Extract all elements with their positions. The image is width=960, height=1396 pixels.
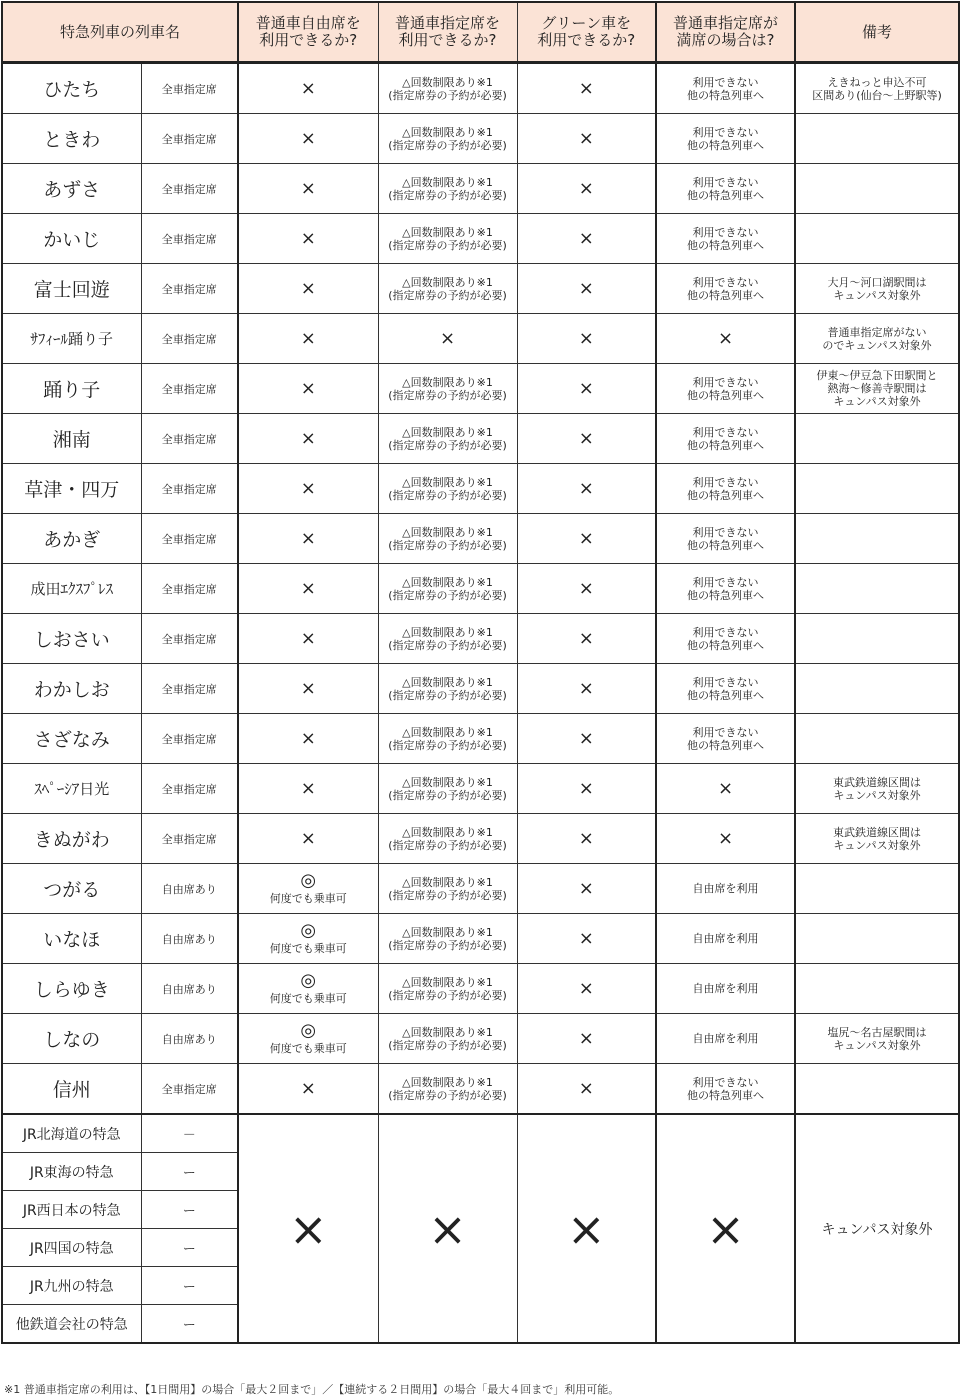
remarks-text: 東武鉄道線区間は キュンパス対象外 (795, 814, 959, 864)
train-name: 草津・四万 (2, 464, 141, 514)
cross-icon: × (238, 414, 378, 464)
reserved-seat-cell: △回数制限あり※1(指定席券の予約が必要) (378, 864, 517, 914)
cross-icon: × (517, 1064, 656, 1115)
cross-icon: × (517, 664, 656, 714)
reserved-seat-cell: △回数制限あり※1(指定席券の予約が必要) (378, 214, 517, 264)
seat-type: 全車指定席 (141, 314, 238, 364)
train-name: あかぎ (2, 514, 141, 564)
cross-icon: × (517, 864, 656, 914)
seat-type: 全車指定席 (141, 614, 238, 664)
cross-icon: × (238, 214, 378, 264)
reserved-seat-cell: △回数制限あり※1(指定席券の予約が必要) (378, 514, 517, 564)
when-full-text: 自由席を利用 (656, 964, 795, 1014)
cross-icon: × (238, 364, 378, 414)
train-name: ときわ (2, 114, 141, 164)
seat-type: ー (141, 1191, 238, 1229)
cross-icon: × (517, 514, 656, 564)
when-full-text: 利用できない 他の特急列車へ (656, 664, 795, 714)
cross-icon: × (517, 964, 656, 1014)
seat-type: 自由席あり (141, 964, 238, 1014)
seat-type: 全車指定席 (141, 364, 238, 414)
free-seat-cell: ◎何度でも乗車可 (238, 914, 378, 964)
train-name: ひたち (2, 63, 141, 114)
train-name: かいじ (2, 214, 141, 264)
train-name: さざなみ (2, 714, 141, 764)
train-name: つがる (2, 864, 141, 914)
reserved-seat-cell: △回数制限あり※1(指定席券の予約が必要) (378, 114, 517, 164)
cross-icon: × (378, 1114, 517, 1343)
remarks-text (795, 214, 959, 264)
train-name: いなほ (2, 914, 141, 964)
free-seat-cell: ◎何度でも乗車可 (238, 864, 378, 914)
limited-label: △回数制限あり※1 (379, 176, 517, 189)
reservation-required-note: (指定席券の予約が必要) (379, 689, 517, 702)
cross-icon: × (517, 814, 656, 864)
table-row: あずさ全車指定席×△回数制限あり※1(指定席券の予約が必要)×利用できない 他の… (2, 164, 959, 214)
remarks-text (795, 464, 959, 514)
cross-icon: × (656, 764, 795, 814)
seat-type: 全車指定席 (141, 664, 238, 714)
reservation-required-note: (指定席券の予約が必要) (379, 639, 517, 652)
limited-label: △回数制限あり※1 (379, 976, 517, 989)
table-row: しおさい全車指定席×△回数制限あり※1(指定席券の予約が必要)×利用できない 他… (2, 614, 959, 664)
remarks-text (795, 564, 959, 614)
limited-label: △回数制限あり※1 (379, 476, 517, 489)
reserved-seat-cell: △回数制限あり※1(指定席券の予約が必要) (378, 664, 517, 714)
remarks-text (795, 164, 959, 214)
reservation-required-note: (指定席券の予約が必要) (379, 839, 517, 852)
cross-icon: × (517, 914, 656, 964)
free-seat-cell: ◎何度でも乗車可 (238, 1014, 378, 1064)
table-row: つがる自由席あり◎何度でも乗車可△回数制限あり※1(指定席券の予約が必要)×自由… (2, 864, 959, 914)
cross-icon: × (238, 564, 378, 614)
remarks-text (795, 964, 959, 1014)
header-when-full: 普通車指定席が 満席の場合は? (656, 2, 795, 63)
double-circle-icon: ◎ (239, 872, 378, 890)
table-row: さざなみ全車指定席×△回数制限あり※1(指定席券の予約が必要)×利用できない 他… (2, 714, 959, 764)
table-row: ときわ全車指定席×△回数制限あり※1(指定席券の予約が必要)×利用できない 他の… (2, 114, 959, 164)
cross-icon: × (238, 764, 378, 814)
kyunpass-train-table: 特急列車の列車名 普通車自由席を 利用できるか? 普通車指定席を 利用できるか?… (1, 1, 960, 1344)
double-circle-icon: ◎ (239, 1022, 378, 1040)
table-row: 草津・四万全車指定席×△回数制限あり※1(指定席券の予約が必要)×利用できない … (2, 464, 959, 514)
cross-icon: × (517, 614, 656, 664)
seat-type: 全車指定席 (141, 764, 238, 814)
footnote: ※1 普通車指定席の利用は、【1日間用】の場合「最大２回まで」／【連続する２日間… (4, 1381, 619, 1396)
table-row: 湘南全車指定席×△回数制限あり※1(指定席券の予約が必要)×利用できない 他の特… (2, 414, 959, 464)
train-name: JR四国の特急 (2, 1229, 141, 1267)
cross-icon: × (238, 314, 378, 364)
cross-icon: × (517, 464, 656, 514)
table-row: 信州全車指定席×△回数制限あり※1(指定席券の予約が必要)×利用できない 他の特… (2, 1064, 959, 1115)
train-name: JR九州の特急 (2, 1267, 141, 1305)
when-full-text: 利用できない 他の特急列車へ (656, 464, 795, 514)
table-row: かいじ全車指定席×△回数制限あり※1(指定席券の予約が必要)×利用できない 他の… (2, 214, 959, 264)
reservation-required-note: (指定席券の予約が必要) (379, 139, 517, 152)
remarks-text (795, 514, 959, 564)
limited-label: △回数制限あり※1 (379, 1076, 517, 1089)
reservation-required-note: (指定席券の予約が必要) (379, 939, 517, 952)
limited-label: △回数制限あり※1 (379, 376, 517, 389)
when-full-text: 利用できない 他の特急列車へ (656, 114, 795, 164)
limited-label: △回数制限あり※1 (379, 526, 517, 539)
double-circle-icon: ◎ (239, 922, 378, 940)
reserved-seat-cell: △回数制限あり※1(指定席券の予約が必要) (378, 814, 517, 864)
cross-icon: × (238, 714, 378, 764)
reserved-seat-cell: △回数制限あり※1(指定席券の予約が必要) (378, 914, 517, 964)
header-row: 特急列車の列車名 普通車自由席を 利用できるか? 普通車指定席を 利用できるか?… (2, 2, 959, 63)
seat-type: 全車指定席 (141, 63, 238, 114)
cross-icon: × (517, 364, 656, 414)
seat-type: 自由席あり (141, 1014, 238, 1064)
table-row: ｽﾍﾟｰｼｱ日光全車指定席×△回数制限あり※1(指定席券の予約が必要)××東武鉄… (2, 764, 959, 814)
free-seat-note: 何度でも乗車可 (239, 940, 378, 956)
free-seat-note: 何度でも乗車可 (239, 990, 378, 1006)
reserved-seat-cell: △回数制限あり※1(指定席券の予約が必要) (378, 964, 517, 1014)
seat-type: 全車指定席 (141, 714, 238, 764)
table-row: しらゆき自由席あり◎何度でも乗車可△回数制限あり※1(指定席券の予約が必要)×自… (2, 964, 959, 1014)
train-name: ｻﾌｨｰﾙ踊り子 (2, 314, 141, 364)
cross-icon: × (517, 714, 656, 764)
table-row: 成田ｴｸｽﾌﾟﾚｽ全車指定席×△回数制限あり※1(指定席券の予約が必要)×利用で… (2, 564, 959, 614)
cross-icon: × (238, 664, 378, 714)
cross-icon: × (378, 314, 517, 364)
remarks-text (795, 114, 959, 164)
cross-icon: × (517, 414, 656, 464)
limited-label: △回数制限あり※1 (379, 776, 517, 789)
header-reserved-seat: 普通車指定席を 利用できるか? (378, 2, 517, 63)
when-full-text: 利用できない 他の特急列車へ (656, 214, 795, 264)
when-full-text: 利用できない 他の特急列車へ (656, 164, 795, 214)
reservation-required-note: (指定席券の予約が必要) (379, 89, 517, 102)
seat-type: － (141, 1114, 238, 1153)
when-full-text: 利用できない 他の特急列車へ (656, 714, 795, 764)
cross-icon: × (238, 114, 378, 164)
train-name: 踊り子 (2, 364, 141, 414)
reserved-seat-cell: △回数制限あり※1(指定席券の予約が必要) (378, 364, 517, 414)
table-row: 踊り子全車指定席×△回数制限あり※1(指定席券の予約が必要)×利用できない 他の… (2, 364, 959, 414)
seat-type: 全車指定席 (141, 1064, 238, 1115)
seat-type: 全車指定席 (141, 564, 238, 614)
table-row: ｻﾌｨｰﾙ踊り子全車指定席××××普通車指定席がない のでキュンパス対象外 (2, 314, 959, 364)
when-full-text: 自由席を利用 (656, 1014, 795, 1064)
remarks-text: 大月～河口湖駅間は キュンパス対象外 (795, 264, 959, 314)
reserved-seat-cell: △回数制限あり※1(指定席券の予約が必要) (378, 264, 517, 314)
limited-label: △回数制限あり※1 (379, 826, 517, 839)
header-green-car: グリーン車を 利用できるか? (517, 2, 656, 63)
cross-icon: × (656, 814, 795, 864)
table-row: きぬがわ全車指定席×△回数制限あり※1(指定席券の予約が必要)××東武鉄道線区間… (2, 814, 959, 864)
reserved-seat-cell: △回数制限あり※1(指定席券の予約が必要) (378, 1064, 517, 1115)
free-seat-cell: ◎何度でも乗車可 (238, 964, 378, 1014)
remarks-text (795, 914, 959, 964)
seat-type: 全車指定席 (141, 464, 238, 514)
reservation-required-note: (指定席券の予約が必要) (379, 1039, 517, 1052)
cross-icon: × (517, 164, 656, 214)
reservation-required-note: (指定席券の予約が必要) (379, 239, 517, 252)
limited-label: △回数制限あり※1 (379, 126, 517, 139)
cross-icon: × (517, 1014, 656, 1064)
cross-icon: × (517, 214, 656, 264)
cross-icon: × (238, 164, 378, 214)
remarks-text: えきねっと申込不可 区間あり(仙台～上野駅等) (795, 63, 959, 114)
reservation-required-note: (指定席券の予約が必要) (379, 389, 517, 402)
seat-type: 全車指定席 (141, 114, 238, 164)
free-seat-note: 何度でも乗車可 (239, 1040, 378, 1056)
remarks-text: 塩尻～名古屋駅間は キュンパス対象外 (795, 1014, 959, 1064)
reserved-seat-cell: △回数制限あり※1(指定席券の予約が必要) (378, 564, 517, 614)
cross-icon: × (517, 314, 656, 364)
header-train-name: 特急列車の列車名 (2, 2, 238, 63)
when-full-text: 利用できない 他の特急列車へ (656, 414, 795, 464)
limited-label: △回数制限あり※1 (379, 676, 517, 689)
seat-type: ー (141, 1229, 238, 1267)
when-full-text: 利用できない 他の特急列車へ (656, 514, 795, 564)
limited-label: △回数制限あり※1 (379, 726, 517, 739)
cross-icon: × (238, 264, 378, 314)
limited-label: △回数制限あり※1 (379, 426, 517, 439)
seat-type: 全車指定席 (141, 514, 238, 564)
limited-label: △回数制限あり※1 (379, 576, 517, 589)
remarks-text (795, 664, 959, 714)
seat-type: 全車指定席 (141, 814, 238, 864)
train-name: わかしお (2, 664, 141, 714)
remarks-text (795, 1064, 959, 1115)
cross-icon: × (238, 514, 378, 564)
cross-icon: × (238, 63, 378, 114)
cross-icon: × (238, 1114, 378, 1343)
reservation-required-note: (指定席券の予約が必要) (379, 989, 517, 1002)
limited-label: △回数制限あり※1 (379, 626, 517, 639)
reservation-required-note: (指定席券の予約が必要) (379, 589, 517, 602)
cross-icon: × (238, 1064, 378, 1115)
train-name: あずさ (2, 164, 141, 214)
cross-icon: × (238, 814, 378, 864)
train-name: 成田ｴｸｽﾌﾟﾚｽ (2, 564, 141, 614)
cross-icon: × (517, 264, 656, 314)
cross-icon: × (656, 1114, 795, 1343)
train-name: 富士回遊 (2, 264, 141, 314)
limited-label: △回数制限あり※1 (379, 226, 517, 239)
cross-icon: × (517, 1114, 656, 1343)
double-circle-icon: ◎ (239, 972, 378, 990)
when-full-text: 自由席を利用 (656, 864, 795, 914)
limited-label: △回数制限あり※1 (379, 926, 517, 939)
seat-type: 全車指定席 (141, 214, 238, 264)
reserved-seat-cell: △回数制限あり※1(指定席券の予約が必要) (378, 614, 517, 664)
seat-type: 自由席あり (141, 914, 238, 964)
remarks-text (795, 714, 959, 764)
train-name: JR東海の特急 (2, 1153, 141, 1191)
reservation-required-note: (指定席券の予約が必要) (379, 289, 517, 302)
reservation-required-note: (指定席券の予約が必要) (379, 789, 517, 802)
cross-icon: × (656, 314, 795, 364)
table-row: いなほ自由席あり◎何度でも乗車可△回数制限あり※1(指定席券の予約が必要)×自由… (2, 914, 959, 964)
train-name: しおさい (2, 614, 141, 664)
train-name: きぬがわ (2, 814, 141, 864)
reservation-required-note: (指定席券の予約が必要) (379, 439, 517, 452)
header-free-seat: 普通車自由席を 利用できるか? (238, 2, 378, 63)
remarks-text (795, 614, 959, 664)
header-remarks: 備考 (795, 2, 959, 63)
seat-type: 全車指定席 (141, 164, 238, 214)
when-full-text: 利用できない 他の特急列車へ (656, 564, 795, 614)
seat-type: ー (141, 1305, 238, 1344)
cross-icon: × (517, 764, 656, 814)
free-seat-note: 何度でも乗車可 (239, 890, 378, 906)
reservation-required-note: (指定席券の予約が必要) (379, 1089, 517, 1102)
remarks-text: キュンパス対象外 (795, 1114, 959, 1343)
seat-type: 全車指定席 (141, 264, 238, 314)
reserved-seat-cell: △回数制限あり※1(指定席券の予約が必要) (378, 714, 517, 764)
seat-type: ー (141, 1153, 238, 1191)
cross-icon: × (517, 114, 656, 164)
limited-label: △回数制限あり※1 (379, 876, 517, 889)
reserved-seat-cell: △回数制限あり※1(指定席券の予約が必要) (378, 164, 517, 214)
reservation-required-note: (指定席券の予約が必要) (379, 889, 517, 902)
remarks-text (795, 414, 959, 464)
train-name: しらゆき (2, 964, 141, 1014)
remarks-text (795, 864, 959, 914)
table-row: わかしお全車指定席×△回数制限あり※1(指定席券の予約が必要)×利用できない 他… (2, 664, 959, 714)
train-name: JR西日本の特急 (2, 1191, 141, 1229)
when-full-text: 利用できない 他の特急列車へ (656, 264, 795, 314)
table-row-other: JR北海道の特急－××××キュンパス対象外 (2, 1114, 959, 1153)
reservation-required-note: (指定席券の予約が必要) (379, 539, 517, 552)
reserved-seat-cell: △回数制限あり※1(指定席券の予約が必要) (378, 63, 517, 114)
train-name: JR北海道の特急 (2, 1114, 141, 1153)
seat-type: 全車指定席 (141, 414, 238, 464)
train-name: しなの (2, 1014, 141, 1064)
reserved-seat-cell: △回数制限あり※1(指定席券の予約が必要) (378, 764, 517, 814)
train-name: ｽﾍﾟｰｼｱ日光 (2, 764, 141, 814)
cross-icon: × (238, 464, 378, 514)
train-name: 信州 (2, 1064, 141, 1115)
cross-icon: × (517, 63, 656, 114)
table-row: 富士回遊全車指定席×△回数制限あり※1(指定席券の予約が必要)×利用できない 他… (2, 264, 959, 314)
table-row: あかぎ全車指定席×△回数制限あり※1(指定席券の予約が必要)×利用できない 他の… (2, 514, 959, 564)
remarks-text: 伊東～伊豆急下田駅間と 熱海～修善寺駅間は キュンパス対象外 (795, 364, 959, 414)
when-full-text: 自由席を利用 (656, 914, 795, 964)
reservation-required-note: (指定席券の予約が必要) (379, 189, 517, 202)
train-name: 他鉄道会社の特急 (2, 1305, 141, 1344)
reserved-seat-cell: △回数制限あり※1(指定席券の予約が必要) (378, 464, 517, 514)
seat-type: 自由席あり (141, 864, 238, 914)
limited-label: △回数制限あり※1 (379, 76, 517, 89)
when-full-text: 利用できない 他の特急列車へ (656, 614, 795, 664)
limited-label: △回数制限あり※1 (379, 276, 517, 289)
table-row: ひたち全車指定席×△回数制限あり※1(指定席券の予約が必要)×利用できない 他の… (2, 63, 959, 114)
limited-label: △回数制限あり※1 (379, 1026, 517, 1039)
train-name: 湘南 (2, 414, 141, 464)
cross-icon: × (517, 564, 656, 614)
reserved-seat-cell: △回数制限あり※1(指定席券の予約が必要) (378, 414, 517, 464)
when-full-text: 利用できない 他の特急列車へ (656, 1064, 795, 1115)
remarks-text: 東武鉄道線区間は キュンパス対象外 (795, 764, 959, 814)
when-full-text: 利用できない 他の特急列車へ (656, 63, 795, 114)
seat-type: ー (141, 1267, 238, 1305)
reservation-required-note: (指定席券の予約が必要) (379, 739, 517, 752)
cross-icon: × (238, 614, 378, 664)
table-row: しなの自由席あり◎何度でも乗車可△回数制限あり※1(指定席券の予約が必要)×自由… (2, 1014, 959, 1064)
remarks-text: 普通車指定席がない のでキュンパス対象外 (795, 314, 959, 364)
reserved-seat-cell: △回数制限あり※1(指定席券の予約が必要) (378, 1014, 517, 1064)
reservation-required-note: (指定席券の予約が必要) (379, 489, 517, 502)
when-full-text: 利用できない 他の特急列車へ (656, 364, 795, 414)
